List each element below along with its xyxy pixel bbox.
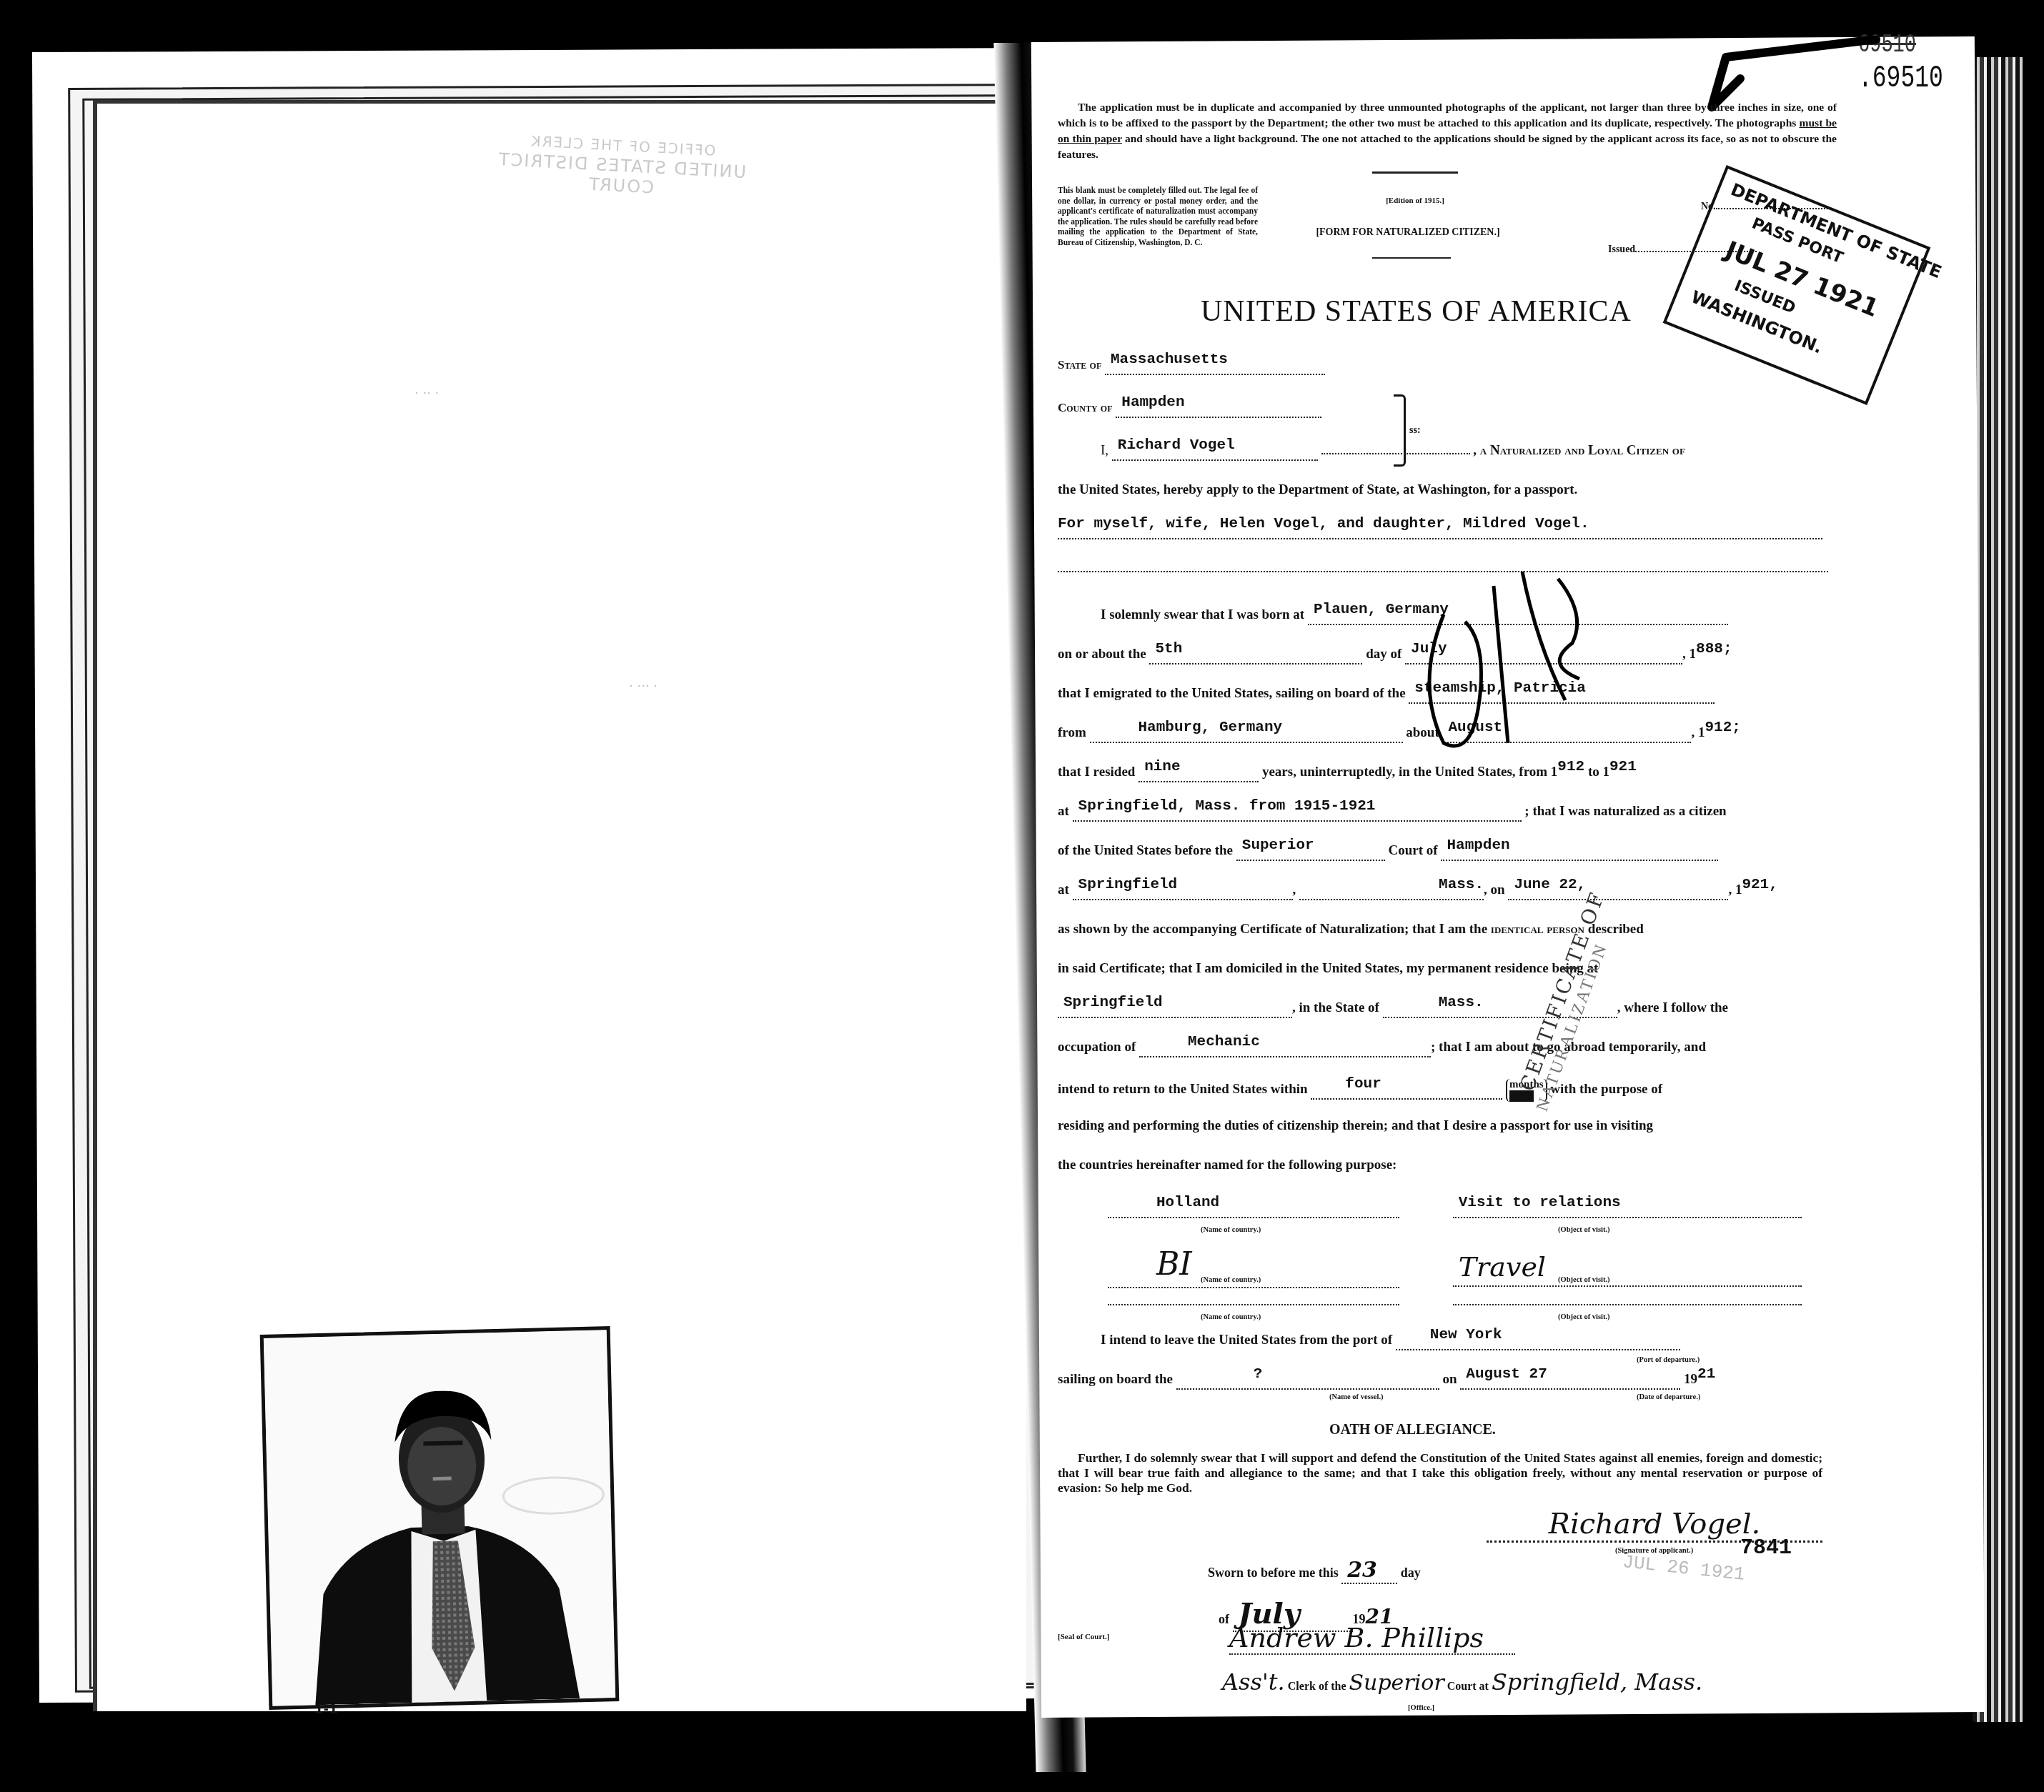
destination-row: BI Travel [1058, 1250, 1837, 1288]
applicant-name: Richard Vogel [1118, 437, 1235, 454]
object-field[interactable] [1453, 1290, 1802, 1305]
emigration-from: Hamburg, Germany [1096, 720, 1283, 736]
residence-place: Springfield, Mass. from 1915-1921 [1078, 798, 1376, 815]
sworn-day-field[interactable]: 23 [1341, 1558, 1397, 1584]
naturalization-city-field[interactable]: Springfield [1073, 882, 1293, 900]
clerk-court-place: Springfield, Mass. [1492, 1668, 1702, 1696]
duration-value: four [1316, 1076, 1381, 1092]
country-value: Holland [1113, 1195, 1219, 1211]
object-value: Visit to relations [1459, 1195, 1621, 1211]
applicant-name-row: I, Richard Vogel , a Naturalized and Loy… [1058, 443, 1880, 461]
state-field[interactable]: State of Massachusetts [1058, 357, 1837, 375]
notice-text: The application must be in duplicate and… [1058, 101, 1837, 129]
i-label: I, [1101, 443, 1108, 458]
port-caption: (Port of departure.) [1637, 1356, 1700, 1364]
sailing-row: sailing on board the ? on August 27 1921 [1058, 1372, 1837, 1390]
court-of-label: Court of [1389, 843, 1438, 858]
birth-day-field[interactable]: 5th [1149, 647, 1362, 664]
domicile-text: in said Certificate; that I am domiciled… [1058, 961, 1837, 977]
smudge: · ·· · [415, 386, 439, 401]
emigration-from-field[interactable]: Hamburg, Germany [1090, 725, 1403, 743]
residence-place-field[interactable]: Springfield, Mass. from 1915-1921 [1073, 804, 1522, 822]
birth-year: 888; [1696, 641, 1732, 657]
country-field[interactable]: Holland [1108, 1200, 1399, 1218]
country-caption: (Name of country.) [1201, 1226, 1261, 1234]
sworn-day: 23 [1347, 1558, 1377, 1583]
day-of-label: day of [1366, 647, 1401, 662]
year-prefix: 19 [1684, 1372, 1697, 1387]
portrait-icon [264, 1330, 615, 1706]
in-state-label: , in the State of [1292, 1000, 1379, 1015]
born-text: I solemnly swear that I was born at [1101, 607, 1304, 622]
for-whom-field[interactable]: For myself, wife, Helen Vogel, and daugh… [1058, 522, 1837, 539]
notice-text-end: and should have a light background. The … [1058, 133, 1837, 161]
court-county-field[interactable]: Hampden [1441, 843, 1718, 861]
state-label: State of [1058, 358, 1101, 372]
on-label: on [1443, 1372, 1457, 1387]
certificate-row: as shown by the accompanying Certificate… [1058, 922, 1837, 937]
country-caption: (Name of country.) [1201, 1276, 1261, 1284]
departure-date-field[interactable]: August 27 [1460, 1372, 1680, 1390]
day-label: day [1401, 1565, 1421, 1580]
port-value: New York [1401, 1327, 1502, 1343]
edition-label: [Edition of 1915.] [1344, 196, 1487, 205]
county-value: Hampden [1121, 394, 1184, 411]
sworn-month-row: of July1921 [1058, 1597, 1998, 1632]
oath-title: OATH OF ALLEGIANCE. [1329, 1422, 1496, 1438]
to-year: 921 [1609, 759, 1637, 775]
departure-year: 21 [1697, 1366, 1715, 1383]
court-value: Superior [1242, 837, 1314, 854]
handwritten-annotation-icon [1401, 557, 1601, 772]
clerk-signature-field[interactable]: Andrew B. Phillips [1229, 1622, 1515, 1655]
destination-row: Holland Visit to relations [1058, 1200, 1837, 1218]
object-caption: (Object of visit.) [1558, 1276, 1610, 1284]
years-field[interactable]: nine [1138, 765, 1259, 782]
sworn-row: Sworn to before me this 23 day [1058, 1558, 1987, 1584]
from-label: from [1058, 725, 1086, 740]
occupation-row: occupation of Mechanic; that I am about … [1058, 1040, 1837, 1057]
naturalized-text: ; that I was naturalized as a citizen [1524, 804, 1726, 819]
naturalization-place-row: at Springfield, Mass., on June 22,, 1921… [1058, 882, 1837, 900]
departure-date: August 27 [1466, 1366, 1547, 1383]
occupation-field[interactable]: Mechanic [1139, 1040, 1431, 1057]
naturalization-state-field[interactable]: Mass. [1299, 882, 1484, 900]
applicant-name-field[interactable]: Richard Vogel [1112, 443, 1318, 461]
citizen-text: , a Naturalized and Loyal Citizen of [1473, 443, 1685, 458]
follow-text: , where I follow the [1617, 1000, 1728, 1015]
ss-label: ss: [1409, 425, 1421, 437]
state-value: Massachusetts [1111, 352, 1228, 368]
office-caption: [Office.] [1408, 1704, 1434, 1712]
at-label: at [1058, 804, 1069, 819]
occupation-value: Mechanic [1145, 1034, 1260, 1050]
divider [1372, 257, 1451, 259]
for-whom-value: For myself, wife, Helen Vogel, and daugh… [1058, 516, 1589, 532]
court-row: of the United States before the Superior… [1058, 843, 1837, 861]
countries-text: the countries hereinafter named for the … [1058, 1158, 1837, 1173]
country-field[interactable] [1108, 1290, 1399, 1305]
clerk-court: Superior [1349, 1671, 1444, 1696]
seal-label: [Seal of Court.] [1058, 1633, 1109, 1641]
clerk-row: Ass't. Clerk of the Superior Court at Sp… [1058, 1668, 2001, 1696]
sworn-text: Sworn to before me this [1208, 1565, 1339, 1580]
naturalization-date-field[interactable]: June 22, [1508, 882, 1728, 900]
return-text: intend to return to the United States wi… [1058, 1082, 1308, 1097]
clerk-signature: Andrew B. Phillips [1229, 1622, 1484, 1653]
residence-place-row: at Springfield, Mass. from 1915-1921 ; t… [1058, 804, 1837, 822]
emigration-text: that I emigrated to the United States, s… [1058, 686, 1406, 701]
birth-day: 5th [1155, 641, 1182, 657]
on-about-label: on or about the [1058, 647, 1146, 662]
return-row: intend to return to the United States wi… [1058, 1079, 1837, 1102]
residence-city-field[interactable]: Springfield [1058, 1000, 1292, 1018]
year-prefix: , 1 [1682, 647, 1696, 662]
object-field[interactable]: Travel [1453, 1254, 1802, 1287]
year-prefix: , 1 [1728, 882, 1742, 897]
object-field[interactable]: Visit to relations [1453, 1200, 1802, 1218]
photo-instructions: The application must be in duplicate and… [1058, 100, 1837, 163]
departure-port-row: I intend to leave the United States from… [1058, 1333, 1880, 1350]
court-at-label: Court at [1447, 1681, 1489, 1693]
naturalization-city: Springfield [1078, 877, 1178, 893]
issued-label: Issued [1608, 244, 1635, 255]
page-title: UNITED STATES OF AMERICA [1201, 294, 1701, 329]
years-value: nine [1144, 759, 1180, 775]
vessel-caption: (Name of vessel.) [1329, 1393, 1384, 1401]
naturalization-year: 921, [1742, 877, 1777, 893]
before-text: of the United States before the [1058, 843, 1233, 858]
clerk-text: Clerk of the [1288, 1681, 1346, 1693]
county-field[interactable]: County of Hampden [1058, 400, 1837, 418]
applicant-signature: Richard Vogel. [1549, 1508, 1760, 1540]
residence-city: Springfield [1063, 995, 1163, 1011]
country-value: BI [1113, 1246, 1192, 1283]
residence-state: Mass. [1389, 995, 1484, 1011]
of-label: of [1219, 1612, 1229, 1626]
court-county: Hampden [1447, 837, 1509, 854]
duration-field[interactable]: four [1311, 1082, 1502, 1100]
applicant-photo[interactable] [260, 1326, 620, 1710]
sailing-text: sailing on board the [1058, 1372, 1173, 1387]
emigration-year: 912; [1705, 720, 1740, 736]
court-field[interactable]: Superior [1236, 843, 1385, 861]
at-label: at [1058, 882, 1069, 897]
port-text: I intend to leave the United States from… [1101, 1333, 1392, 1348]
departure-vessel-field[interactable]: ? [1176, 1372, 1439, 1390]
oath-text: Further, I do solemnly swear that I will… [1058, 1450, 1822, 1495]
naturalization-date: June 22, [1514, 877, 1586, 893]
year-prefix: , 1 [1691, 725, 1705, 740]
smudge: · ··· · [629, 679, 658, 694]
certificate-text: as shown by the accompanying Certificate… [1058, 922, 1487, 937]
file-number: 7841 [1740, 1536, 1792, 1560]
object-caption: (Object of visit.) [1558, 1226, 1610, 1234]
on-label: on [1491, 882, 1505, 897]
object-caption: (Object of visit.) [1558, 1313, 1610, 1321]
photo-caption: 1-1 [314, 1702, 338, 1717]
date-caption: (Date of departure.) [1637, 1393, 1700, 1401]
residing-text: residing and performing the duties of ci… [1058, 1118, 1837, 1134]
departure-vessel: ? [1182, 1366, 1263, 1383]
destination-row [1058, 1290, 1837, 1310]
unit-years-struck: years [1509, 1090, 1534, 1102]
county-label: County of [1058, 401, 1113, 414]
purpose-text: with the purpose of [1550, 1082, 1662, 1097]
resided-label: that I resided [1058, 765, 1135, 780]
divider [1372, 171, 1458, 174]
country-caption: (Name of country.) [1201, 1313, 1261, 1321]
form-type: [FORM FOR NATURALIZED CITIZEN.] [1301, 227, 1515, 239]
object-value: Travel [1459, 1251, 1546, 1283]
occupation-label: occupation of [1058, 1040, 1136, 1055]
clerk-prefix: Ass't. [1222, 1668, 1285, 1696]
residence-state-row: Springfield, in the State of Mass., wher… [1058, 1000, 1837, 1018]
side-note: This blank must be completely filled out… [1058, 186, 1258, 248]
naturalization-state: Mass. [1439, 877, 1484, 893]
port-field[interactable]: New York [1396, 1333, 1680, 1350]
apply-text: the United States, hereby apply to the D… [1058, 482, 1837, 498]
